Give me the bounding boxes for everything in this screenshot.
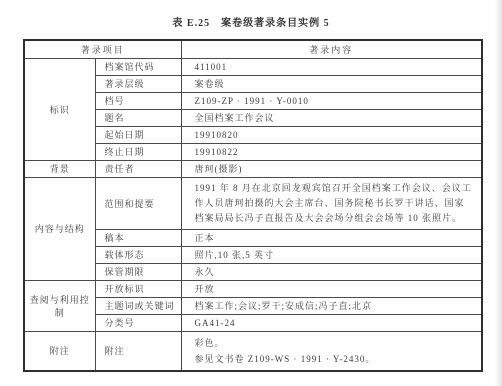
field-label-cell: 保管期限: [95, 263, 181, 280]
field-value-cell: 永久: [181, 263, 482, 280]
field-label-cell: 题名: [95, 109, 181, 126]
group-label-cell: 标识: [24, 58, 95, 160]
field-label-cell: 终止日期: [95, 143, 181, 160]
field-label-cell: 档号: [95, 92, 181, 109]
field-label-cell: 稿本: [95, 229, 181, 246]
field-label-cell: 起始日期: [95, 126, 181, 143]
field-label-cell: 开放标识: [95, 280, 181, 297]
field-value-cell: 档案工作;会议;罗干;安成信;冯子直;北京: [181, 297, 482, 314]
group-label-cell: 查阅与利用控制: [24, 280, 95, 331]
table-row: 标识 档案馆代码 411001: [24, 58, 482, 75]
field-value-cell: 19910820: [181, 126, 482, 143]
table-row: 查阅与利用控制 开放标识 开放: [24, 280, 482, 297]
table-header-row: 著录项目 著录内容: [24, 40, 482, 58]
group-label-cell: 附注: [24, 331, 95, 371]
field-value-cell: 1991 年 8 月在北京回龙观宾馆召开全国档案工作会议、会议工作人员唐珂拍摄的…: [181, 177, 482, 229]
scan-edge-shadow: [495, 0, 502, 386]
page-title: 表 E.25 案卷级著录条目实例 5: [0, 14, 502, 29]
field-value-cell: 照片,10 张,5 英寸: [181, 246, 482, 263]
table-row: 内容与结构 范围和提要 1991 年 8 月在北京回龙观宾馆召开全国档案工作会议…: [24, 177, 482, 229]
header-item-column: 著录项目: [24, 40, 181, 58]
field-label-cell: 著录层级: [95, 75, 181, 92]
field-value-cell: 彩色。 参见文书卷 Z109-WS · 1991 · Y-2430。: [181, 331, 482, 371]
field-value-cell: 开放: [181, 280, 482, 297]
field-label-cell: 附注: [95, 331, 181, 371]
notes-line-2: 参见文书卷 Z109-WS · 1991 · Y-2430。: [195, 351, 474, 367]
field-value-cell: 全国档案工作会议: [181, 109, 482, 126]
group-label-cell: 内容与结构: [24, 177, 95, 280]
field-value-cell: 411001: [181, 58, 482, 75]
field-label-cell: 分类号: [95, 314, 181, 331]
table-row: 背景 责任者 唐珂(摄影): [24, 160, 482, 177]
header-content-column: 著录内容: [181, 40, 482, 58]
field-label-cell: 载体形态: [95, 246, 181, 263]
field-label-cell: 责任者: [95, 160, 181, 177]
field-label-cell: 档案馆代码: [95, 58, 181, 75]
field-value-cell: 唐珂(摄影): [181, 160, 482, 177]
field-label-cell: 主题词或关键词: [95, 297, 181, 314]
field-value-cell: 案卷级: [181, 75, 482, 92]
field-label-cell: 范围和提要: [95, 177, 181, 229]
table-row: 附注 附注 彩色。 参见文书卷 Z109-WS · 1991 · Y-2430。: [24, 331, 482, 371]
description-entry-table: 著录项目 著录内容 标识 档案馆代码 411001 著录层级 案卷级 档号 Z1…: [23, 39, 483, 372]
scanned-document-page: 表 E.25 案卷级著录条目实例 5 著录项目 著录内容 标识 档案馆代码 41…: [0, 0, 502, 386]
field-value-cell: 19910822: [181, 143, 482, 160]
notes-line-1: 彩色。: [195, 335, 474, 351]
field-value-cell: 正本: [181, 229, 482, 246]
group-label-cell: 背景: [24, 160, 95, 177]
field-value-cell: GA41-24: [181, 314, 482, 331]
field-value-cell: Z109-ZP · 1991 · Y-0010: [181, 92, 482, 109]
